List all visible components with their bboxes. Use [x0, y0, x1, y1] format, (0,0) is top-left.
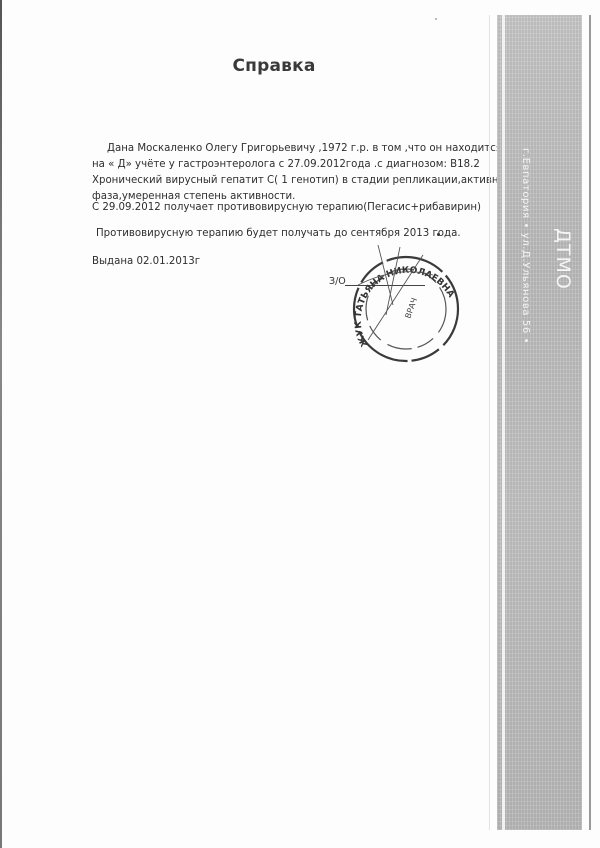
- body-line: Хронический вирусный гепатит С( 1 геноти…: [92, 173, 511, 189]
- svg-text:ЖУК ТАТЬЯНА НИКОЛАЕВНА: ЖУК ТАТЬЯНА НИКОЛАЕВНА: [354, 266, 456, 349]
- letterhead-address: г.Евпатория • ул.Д.Ульянова 56 •: [520, 148, 531, 344]
- body-line: Дана Москаленко Олегу Григорьевичу ,1972…: [92, 141, 511, 157]
- ink-dot: [437, 233, 440, 236]
- letterhead-band-edge: [489, 15, 490, 830]
- therapy-start-paragraph: С 29.09.2012 получает противовирусную те…: [92, 200, 481, 216]
- body-line: на « Д» учёте у гастроэнтеролога с 27.09…: [92, 157, 511, 173]
- issue-date: Выдана 02.01.2013г: [92, 254, 200, 270]
- letterhead-organization: ДТМО: [552, 228, 574, 290]
- scan-left-edge: [0, 0, 2, 848]
- letterhead-band-line: [589, 15, 591, 830]
- therapy-end-paragraph: Противовирусную терапию будет получать д…: [96, 226, 461, 242]
- svg-text:ВРАЧ: ВРАЧ: [403, 297, 419, 320]
- letterhead-band-stripe: [502, 15, 505, 830]
- letterhead-band: [497, 15, 582, 830]
- certificate-body-paragraph: Дана Москаленко Олегу Григорьевичу ,1972…: [92, 141, 511, 205]
- round-stamp-icon: ЖУК ТАТЬЯНА НИКОЛАЕВНА ВРАЧ: [338, 245, 463, 370]
- scan-speck: [435, 18, 437, 20]
- document-title: Справка: [0, 56, 548, 76]
